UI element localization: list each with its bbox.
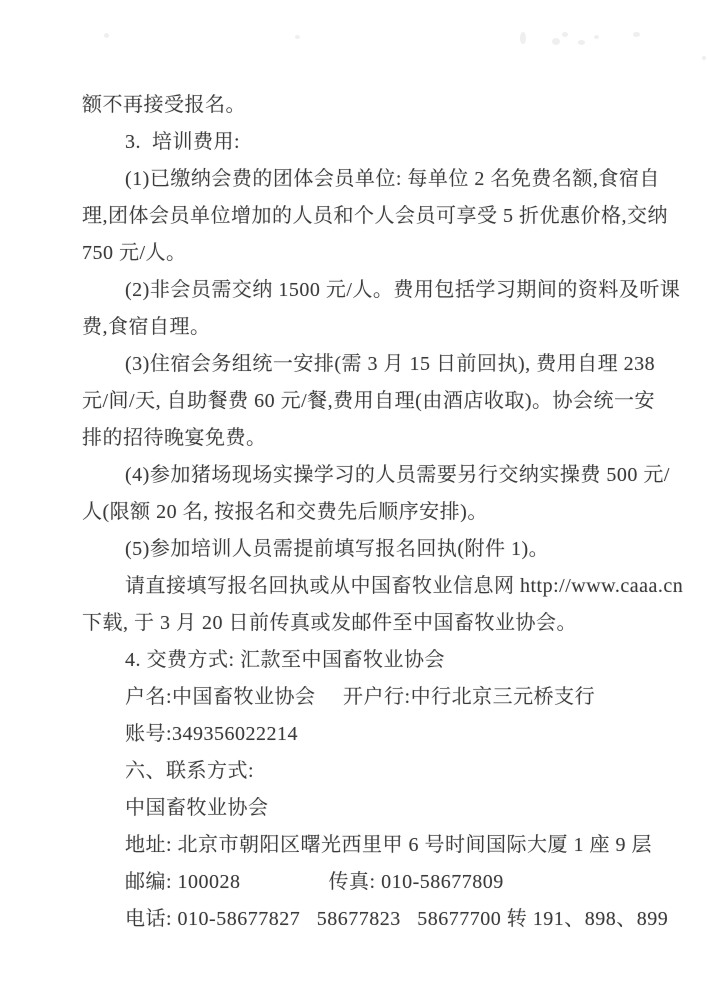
line-account-name-and-bank: 户名:中国畜牧业协会 开户行:中行北京三元桥支行 [82,679,668,716]
line-reply-form-note: 请直接填写报名回执或从中国畜牧业信息网 http://www.caaa.cn [82,568,668,605]
line-account-number: 账号:349356022214 [82,716,668,753]
line-fee-item-5: (5)参加培训人员需提前填写报名回执(附件 1)。 [82,531,668,568]
scan-noise-speckle [104,33,109,38]
line-fee-item-1-end: 750 元/人。 [82,235,668,272]
line-fee-item-3: (3)住宿会务组统一安排(需 3 月 15 日前回执), 费用自理 238 [82,346,668,383]
line-fee-item-4-cont: 人(限额 20 名, 按报名和交费先后顺序安排)。 [82,494,668,531]
scan-noise-speckle [552,38,560,45]
line-training-fee-heading: 3. 培训费用: [82,124,668,161]
line-fee-item-2-cont: 费,食宿自理。 [82,309,668,346]
line-fee-item-3-end: 排的招待晚宴免费。 [82,420,668,457]
scan-noise-speckle [594,35,599,39]
line-payment-method-heading: 4. 交费方式: 汇款至中国畜牧业协会 [82,642,668,679]
line-postcode-and-fax: 邮编: 100028 传真: 010-58677809 [82,864,668,901]
line-phone-numbers: 电话: 010-58677827 58677823 58677700 转 191… [82,901,668,938]
scan-noise-speckle [520,32,526,44]
document-page: 额不再接受报名。 3. 培训费用: (1)已缴纳会费的团体会员单位: 每单位 2… [0,0,707,1000]
line-fee-item-3-cont: 元/间/天, 自助餐费 60 元/餐,费用自理(由酒店收取)。协会统一安 [82,383,668,420]
line-fee-item-2: (2)非会员需交纳 1500 元/人。费用包括学习期间的资料及听课 [82,272,668,309]
scan-noise-speckle [562,32,568,37]
line-fee-item-4: (4)参加猪场现场实操学习的人员需要另行交纳实操费 500 元/ [82,457,668,494]
line-address: 地址: 北京市朝阳区曙光西里甲 6 号时间国际大厦 1 座 9 层 [82,827,668,864]
line-contact-heading: 六、联系方式: [82,753,668,790]
scan-noise-speckle [578,40,585,45]
line-fee-item-1: (1)已缴纳会费的团体会员单位: 每单位 2 名免费名额,食宿自 [82,161,668,198]
scan-noise-speckle [295,35,300,39]
scan-noise-speckle [633,32,640,37]
document-body: 额不再接受报名。 3. 培训费用: (1)已缴纳会费的团体会员单位: 每单位 2… [82,87,668,938]
line-registration-cutoff: 额不再接受报名。 [82,87,668,124]
scan-noise-speckle [702,56,706,60]
line-fee-item-1-cont: 理,团体会员单位增加的人员和个人会员可享受 5 折优惠价格,交纳 [82,198,668,235]
line-association-name: 中国畜牧业协会 [82,790,668,827]
line-reply-form-note-cont: 下载, 于 3 月 20 日前传真或发邮件至中国畜牧业协会。 [82,605,668,642]
